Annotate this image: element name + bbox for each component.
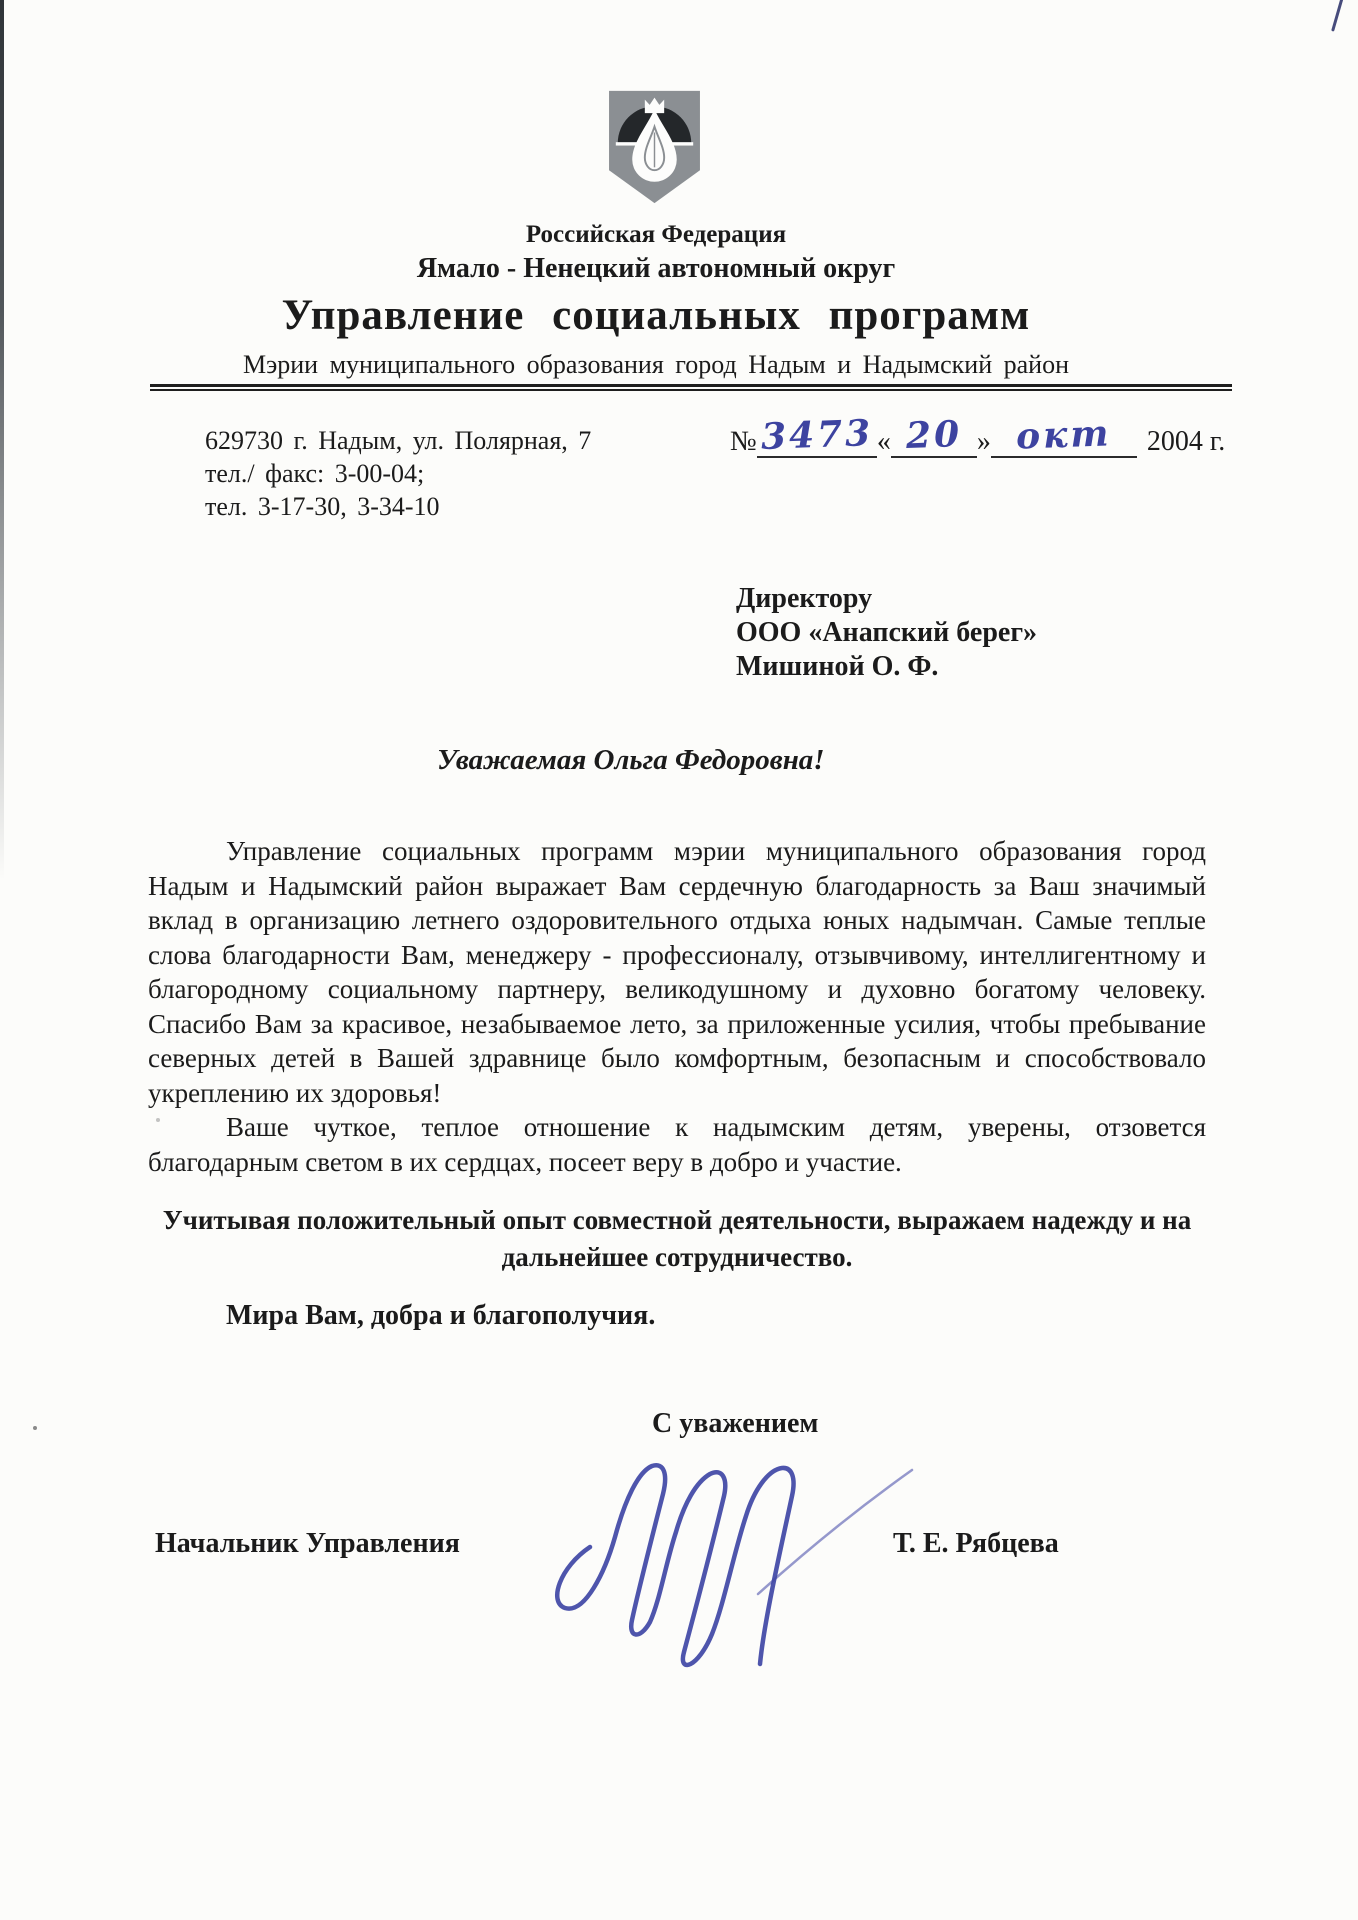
- ref-number-handwritten: 3473: [760, 412, 874, 458]
- ref-no-sign: №: [730, 426, 757, 458]
- contact-phone-line: тел. 3-17-30, 3-34-10: [205, 490, 591, 523]
- body-paragraph-2: Ваше чуткое, теплое отношение к надымски…: [148, 1110, 1206, 1179]
- letterhead-double-rule: [150, 384, 1232, 391]
- ref-year: 2004 г.: [1137, 426, 1225, 458]
- recipient-block: Директору ООО «Анапский берег» Мишиной О…: [736, 582, 1037, 684]
- signature-autograph: [520, 1442, 940, 1687]
- ref-month-handwritten: окт: [1015, 412, 1112, 457]
- pen-slash-mark: [1331, 0, 1344, 32]
- letterhead-org-name: Управление социальных программ: [0, 291, 1312, 340]
- contact-fax-line: тел./ факс: 3-00-04;: [205, 457, 591, 490]
- ref-day-handwritten: 20: [905, 413, 963, 457]
- letterhead-region: Ямало - Ненецкий автономный округ: [0, 253, 1312, 285]
- ref-day-underline: 20: [891, 414, 977, 458]
- scan-edge-artifact: [0, 0, 4, 880]
- salutation: Уважаемая Ольга Федоровна!: [437, 744, 825, 777]
- body-paragraph-wish: Мира Вам, добра и благополучия.: [226, 1300, 655, 1332]
- signer-position: Начальник Управления: [155, 1528, 460, 1560]
- paper-speck: [33, 1426, 37, 1430]
- ref-number-line: № 3473 « 20 » окт 2004 г.: [730, 414, 1225, 458]
- contact-block: 629730 г. Надым, ул. Полярная, 7 тел./ ф…: [205, 424, 591, 523]
- recipient-title: Директору: [736, 582, 1037, 616]
- ref-close-quote: »: [977, 426, 991, 458]
- letterhead-country: Российская Федерация: [0, 221, 1312, 249]
- recipient-company: ООО «Анапский берег»: [736, 616, 1037, 650]
- body-paragraph-emphasis: Учитывая положительный опыт совместной д…: [148, 1202, 1206, 1276]
- letter-body: Управление социальных программ мэрии мун…: [148, 834, 1206, 1179]
- letterhead-org-subtitle: Мэрии муниципального образования город Н…: [0, 350, 1312, 380]
- ref-open-quote: «: [877, 426, 891, 458]
- body-paragraph-1: Управление социальных программ мэрии мун…: [148, 834, 1206, 1110]
- recipient-person: Мишиной О. Ф.: [736, 650, 1037, 684]
- closing-regards: С уважением: [652, 1408, 818, 1440]
- scanned-letter-page: Российская Федерация Ямало - Ненецкий ав…: [0, 0, 1358, 1920]
- ref-number-underline: 3473: [757, 414, 877, 458]
- ref-month-underline: окт: [991, 414, 1137, 458]
- nadym-coat-of-arms-icon: [606, 88, 703, 206]
- contact-address-line: 629730 г. Надым, ул. Полярная, 7: [205, 424, 591, 457]
